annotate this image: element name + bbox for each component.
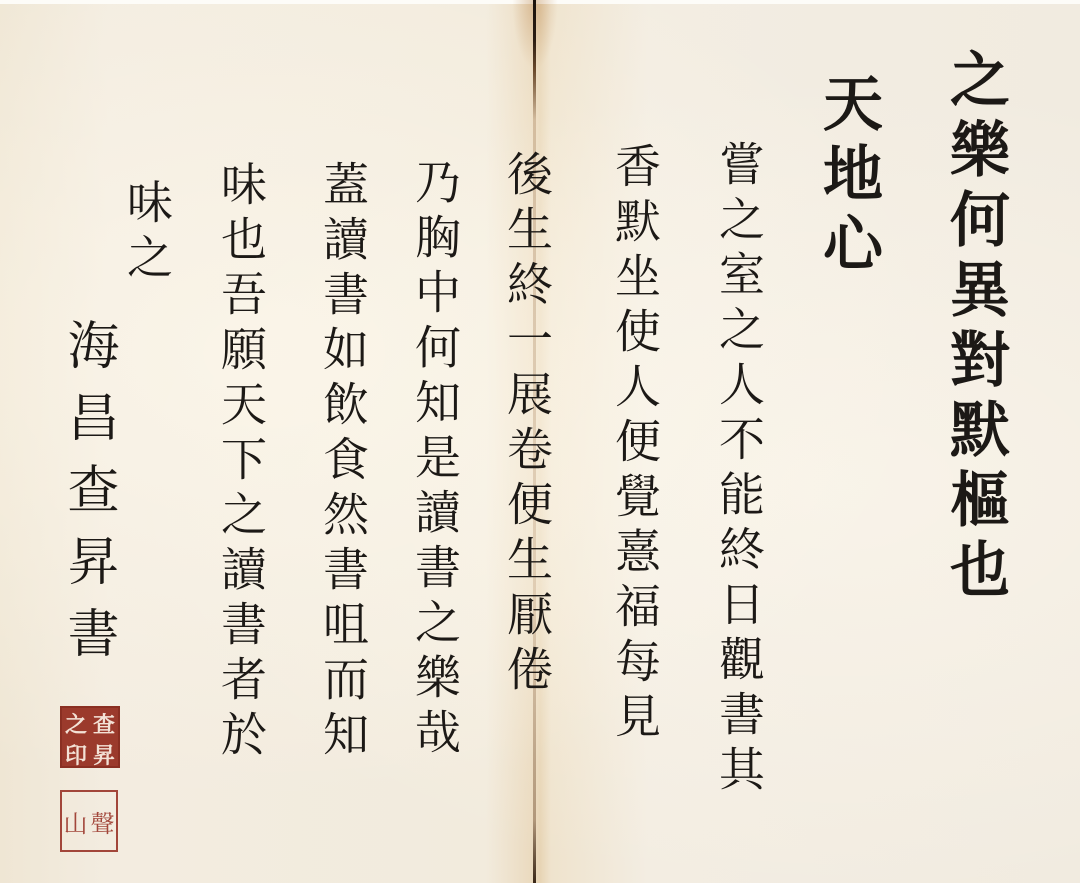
calligraphy-album-spread: 之樂何異對默樞也 天地心 嘗之室之人不能終日觀書其 香默坐使人便覺憙福每見 後生… [0,0,1080,883]
text-column-2: 天地心 [818,72,878,282]
text-column-6: 乃胸中何知是讀書之樂哉 [412,158,458,763]
text-column-5: 後生終一展卷便生厭倦 [504,150,550,700]
seal-char: 查 [93,708,115,739]
seal-name-relief: 查 昇 之 印 [60,706,120,768]
text-column-3: 嘗之室之人不能終日觀書其 [716,140,762,800]
seal-char: 之 [65,708,87,739]
seal-char: 印 [65,739,87,770]
artist-signature: 海昌查昇書 [62,318,114,678]
seal-char: 山 [64,804,88,839]
seal-char: 昇 [93,739,115,770]
text-column-4: 香默坐使人便覺憙福每見 [612,142,658,747]
seal-studio-outline: 聲 山 [60,790,118,852]
text-column-8: 味也吾願天下之讀書者於 [218,160,264,765]
text-column-1: 之樂何異對默樞也 [945,48,1005,608]
text-column-7: 蓋讀書如飲食然書咀而知 [320,160,366,765]
text-column-9: 味之 [124,178,170,288]
seal-char: 聲 [91,804,115,839]
